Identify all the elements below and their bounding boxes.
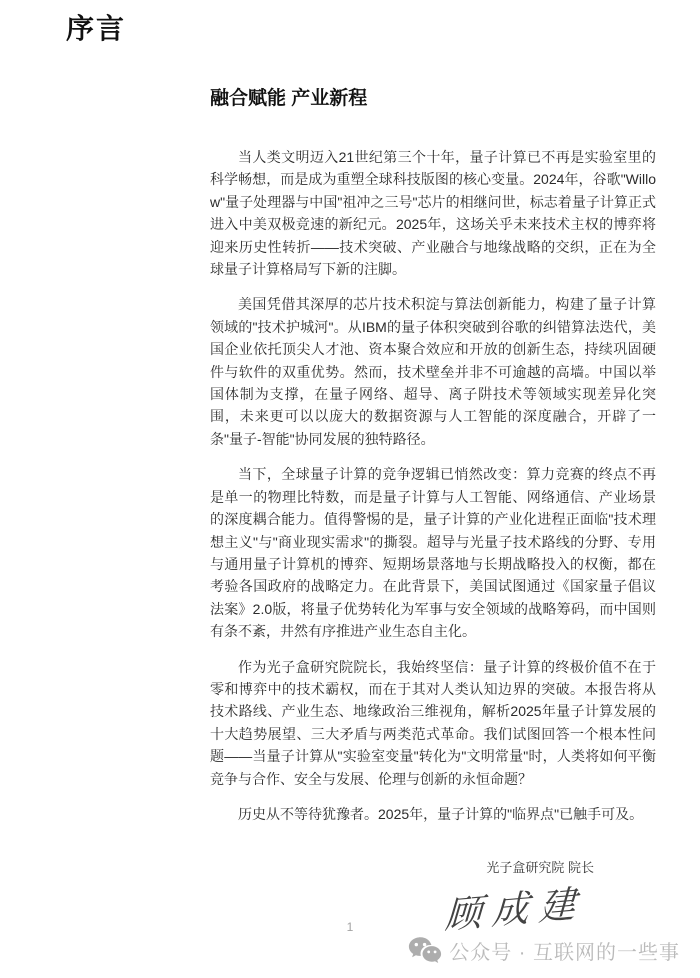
signature-title: 光子盒研究院 院长: [210, 859, 594, 877]
document-page: 序言 融合赋能 产业新程 当人类文明迈入21世纪第三个十年，量子计算已不再是实验…: [0, 0, 700, 978]
paragraph-list: 当人类文明迈入21世纪第三个十年，量子计算已不再是实验室里的科学畅想，而是成为重…: [210, 146, 656, 825]
section-title: 序言: [66, 12, 126, 46]
paragraph: 当下，全球量子计算的竞争逻辑已悄然改变：算力竞赛的终点不再是单一的物理比特数，而…: [210, 463, 656, 642]
watermark-text: 公众号 · 互联网的一些事: [449, 936, 680, 965]
content-column: 融合赋能 产业新程 当人类文明迈入21世纪第三个十年，量子计算已不再是实验室里的…: [210, 86, 656, 933]
paragraph: 历史从不等待犹豫者。2025年，量子计算的"临界点"已触手可及。: [210, 803, 656, 825]
document-heading: 融合赋能 产业新程: [210, 86, 656, 112]
paragraph: 当人类文明迈入21世纪第三个十年，量子计算已不再是实验室里的科学畅想，而是成为重…: [210, 146, 656, 280]
page-number: 1: [0, 920, 700, 934]
paragraph: 美国凭借其深厚的芯片技术积淀与算法创新能力，构建了量子计算领域的"技术护城河"。…: [210, 293, 656, 450]
watermark: 公众号 · 互联网的一些事: [408, 936, 680, 965]
wechat-icon: [408, 936, 442, 965]
paragraph: 作为光子盒研究院院长，我始终坚信：量子计算的终极价值不在于零和博弈中的技术霸权，…: [210, 656, 656, 790]
